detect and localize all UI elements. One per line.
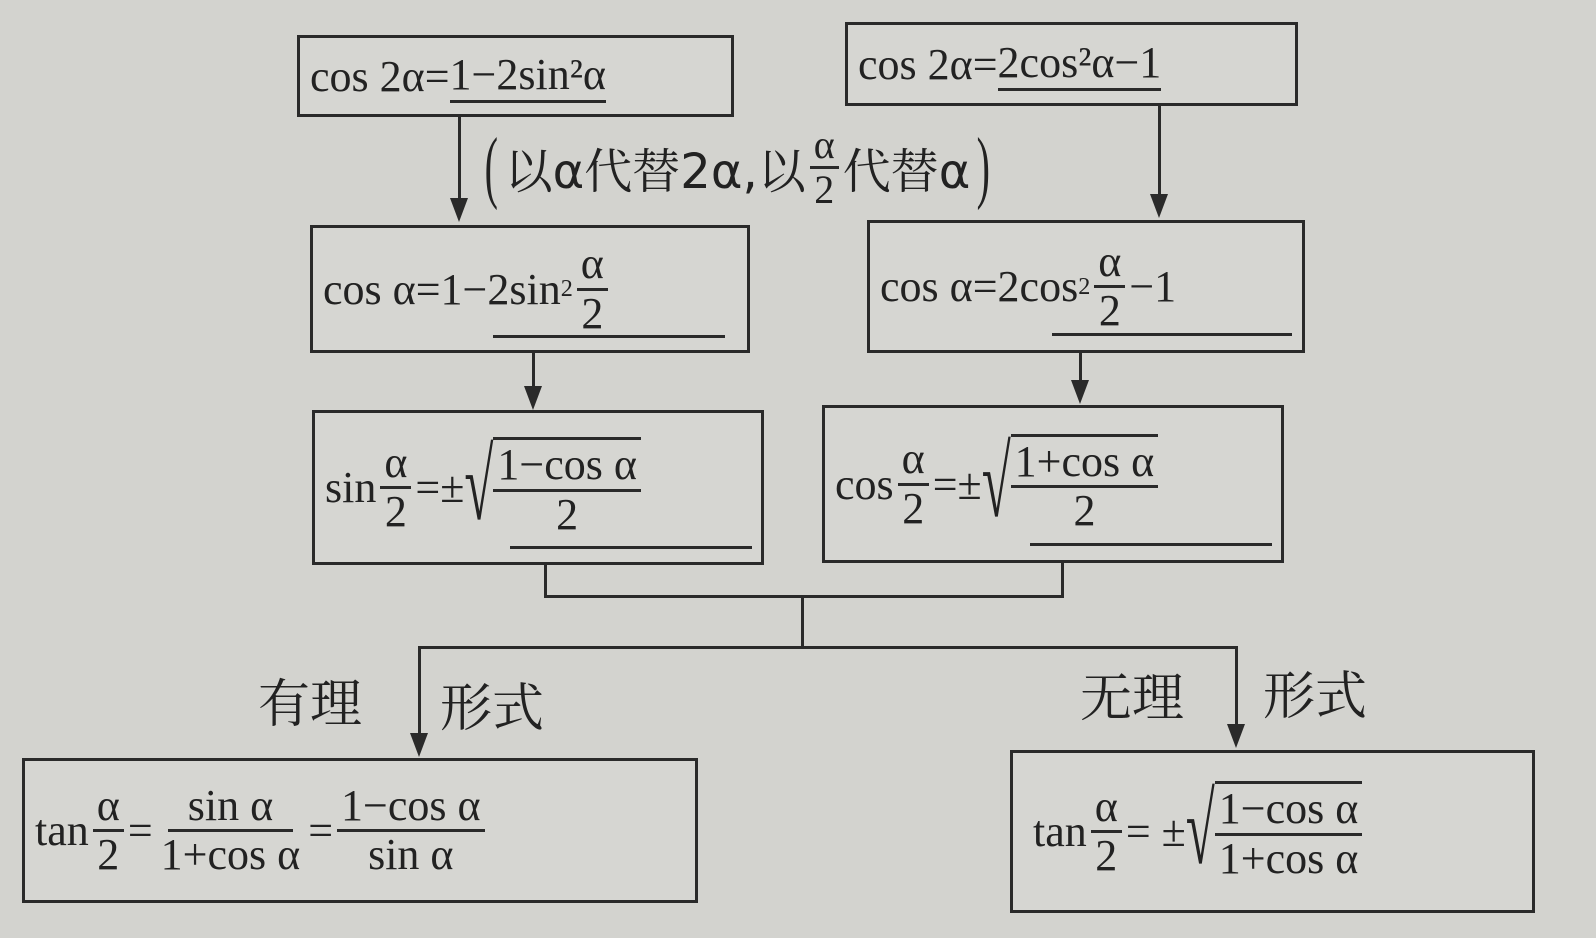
- connector: [544, 565, 547, 598]
- connector: [1235, 646, 1238, 726]
- lhs: cos 2α: [310, 51, 425, 102]
- underline: [493, 335, 725, 338]
- connector: [458, 117, 461, 202]
- connector: [801, 598, 804, 648]
- formula-sin-half: sin α2 =± √1−cos α2: [312, 410, 764, 565]
- arrow-down-icon: [1227, 724, 1245, 748]
- fraction: α2: [93, 783, 124, 878]
- formula-tan-half-irrational: tan α2 = ± √1−cos α1+cos α: [1010, 750, 1535, 913]
- arrow-down-icon: [1150, 194, 1168, 218]
- fraction: α2: [1094, 239, 1125, 334]
- connector: [544, 595, 1064, 598]
- formula-cos-half: cos α2 =± √1+cos α2: [822, 405, 1284, 563]
- fraction: 1−cos αsin α: [337, 783, 485, 878]
- substitution-note: ( 以α代替2α, 以 α2 代替α ): [478, 122, 997, 213]
- fraction: α2: [810, 124, 839, 211]
- fraction: α2: [1091, 784, 1122, 879]
- label-form: 形式: [1263, 654, 1367, 729]
- connector: [532, 353, 535, 389]
- rhs: 2cos²α−1: [998, 37, 1162, 91]
- label-form: 形式: [440, 666, 544, 741]
- formula-cosa-sin-half: cos α =1−2sin 2 α2: [310, 225, 750, 353]
- connector: [418, 646, 421, 736]
- fraction: α2: [577, 241, 608, 336]
- formula-tan-half-rational: tan α2 = sin α1+cos α = 1−cos αsin α: [22, 758, 698, 903]
- underline: [1030, 543, 1272, 546]
- fraction: sin α1+cos α: [157, 783, 305, 878]
- label-rational: 有理: [258, 662, 362, 737]
- square-root: √1−cos α2: [464, 437, 641, 537]
- connector: [1158, 106, 1161, 198]
- formula-cos2a-sin: cos 2α = 1−2sin²α: [297, 35, 734, 117]
- connector: [418, 646, 1238, 649]
- lhs: cos 2α: [858, 39, 973, 90]
- label-irrational: 无理: [1080, 656, 1184, 731]
- square-root: √1−cos α1+cos α: [1186, 781, 1363, 881]
- connector: [1061, 563, 1064, 598]
- underline: [510, 546, 752, 549]
- arrow-down-icon: [410, 733, 428, 757]
- fraction: α2: [898, 436, 929, 531]
- arrow-down-icon: [1071, 380, 1089, 404]
- underline: [1052, 333, 1292, 336]
- square-root: √1+cos α2: [982, 434, 1159, 534]
- arrow-down-icon: [450, 198, 468, 222]
- connector: [1079, 353, 1082, 383]
- arrow-down-icon: [524, 386, 542, 410]
- rhs: 1−2sin²α: [450, 49, 606, 103]
- formula-cos2a-cos: cos 2α = 2cos²α−1: [845, 22, 1298, 106]
- fraction: α2: [380, 440, 411, 535]
